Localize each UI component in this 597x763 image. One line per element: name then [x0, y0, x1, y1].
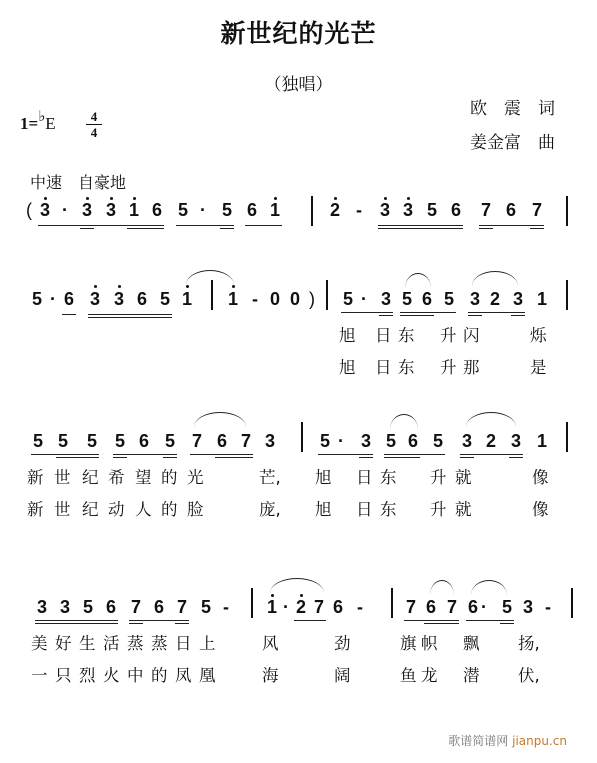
lyric: 动 — [108, 496, 125, 520]
lyric: 烈 — [79, 662, 96, 686]
note: 1 — [535, 431, 549, 452]
underline — [359, 457, 373, 458]
barline — [391, 588, 393, 618]
underline — [35, 623, 118, 624]
underline — [31, 454, 99, 455]
lyric: 旭 — [315, 496, 332, 520]
lyric: 的 — [161, 496, 178, 520]
song-title: 新世纪的光芒 — [0, 14, 597, 50]
underline — [190, 454, 253, 455]
lyric: 旭 — [339, 322, 356, 346]
underline — [163, 457, 177, 458]
lyricist-credit: 欧 震 词 — [470, 94, 555, 119]
underline — [424, 623, 459, 624]
octave-dot — [274, 197, 277, 200]
note: 1 — [535, 289, 549, 310]
underline — [80, 228, 94, 229]
lyric: 世 — [54, 464, 71, 488]
lyric: 的 — [161, 464, 178, 488]
note: 3 — [104, 200, 118, 221]
lyric: 升 — [440, 354, 457, 378]
lyric: 蒸 — [127, 630, 144, 654]
note: 6 — [406, 431, 420, 452]
dash: - — [353, 597, 367, 618]
lyric: 海 — [262, 662, 279, 686]
note: 2 — [294, 597, 308, 618]
lyric: 风 — [262, 630, 279, 654]
underline — [104, 225, 164, 226]
lyric: 旭 — [315, 464, 332, 488]
lyric: 的 — [151, 662, 168, 686]
note: 2 — [484, 431, 498, 452]
tempo-marking: 中速 自豪地 — [30, 170, 126, 193]
note: 7 — [479, 200, 493, 221]
dash: - — [541, 597, 555, 618]
note: 3 — [521, 597, 535, 618]
barline — [326, 280, 328, 310]
lyric: 龙 — [421, 662, 438, 686]
note: 5 — [56, 431, 70, 452]
lyric: 美 — [31, 630, 48, 654]
octave-dot — [133, 197, 136, 200]
lyric: 希 — [108, 464, 125, 488]
lyric: 一 — [31, 662, 48, 686]
underline — [175, 623, 189, 624]
key-prefix: 1= — [20, 114, 38, 133]
dash: - — [352, 200, 366, 221]
note: 5 — [81, 597, 95, 618]
lyric: 鱼 — [400, 662, 417, 686]
time-sig-top: 4 — [86, 110, 102, 123]
lyric: 东 — [398, 322, 415, 346]
lyric: 闪 — [463, 322, 480, 346]
note: 3 — [38, 200, 52, 221]
lyric: 日 — [356, 464, 373, 488]
watermark: 歌谱简谱网 jianpu.cn — [448, 732, 567, 749]
lyric: 光 — [187, 464, 204, 488]
tie — [466, 412, 516, 427]
dot: · — [334, 431, 348, 452]
lyric: 升 — [430, 464, 447, 488]
lyric: 生 — [79, 630, 96, 654]
note: 5 — [31, 431, 45, 452]
note: 5 — [158, 289, 172, 310]
lyric: 升 — [440, 322, 457, 346]
underline — [35, 620, 118, 621]
key-signature: 1=♭E — [20, 114, 56, 134]
note: 1 — [268, 200, 282, 221]
note: 3 — [401, 200, 415, 221]
lyric: 望 — [135, 464, 152, 488]
lyric: 日 — [375, 322, 392, 346]
dot: · — [477, 597, 491, 618]
note: 6 — [104, 597, 118, 618]
underline — [400, 315, 434, 316]
lyric: 蒸 — [151, 630, 168, 654]
lyric: 人 — [135, 496, 152, 520]
watermark-site: jianpu.cn — [512, 734, 567, 748]
note: 7 — [312, 597, 326, 618]
underline — [88, 314, 172, 315]
note: 6 — [245, 200, 259, 221]
lyric: 像 — [532, 464, 549, 488]
lyric: 东 — [380, 464, 397, 488]
note: 3 — [509, 431, 523, 452]
underline — [38, 225, 108, 226]
note: 3 — [511, 289, 525, 310]
lyric: 日 — [375, 354, 392, 378]
dash: - — [248, 289, 262, 310]
tie — [270, 578, 324, 593]
octave-dot — [118, 285, 121, 288]
lyric: 中 — [127, 662, 144, 686]
note: 6 — [152, 597, 166, 618]
lyric: 东 — [380, 496, 397, 520]
lyric: 庞, — [259, 496, 281, 520]
barline — [571, 588, 573, 618]
underline — [220, 228, 234, 229]
lyric: 新 — [27, 464, 44, 488]
note: 5 — [113, 431, 127, 452]
note: 2 — [488, 289, 502, 310]
lyric: 飘 — [463, 630, 480, 654]
note: 6 — [449, 200, 463, 221]
tie — [194, 412, 246, 427]
flat-icon: ♭ — [38, 109, 45, 125]
underline — [318, 454, 373, 455]
octave-dot — [44, 197, 47, 200]
underline — [404, 620, 459, 621]
underline — [378, 228, 463, 229]
rest: 0 — [268, 289, 282, 310]
underline — [129, 623, 143, 624]
underline — [466, 620, 514, 621]
tie — [186, 270, 234, 285]
note: 6 — [137, 431, 151, 452]
note: 5 — [431, 431, 445, 452]
octave-dot — [186, 285, 189, 288]
note: 7 — [445, 597, 459, 618]
lyric: 世 — [54, 496, 71, 520]
time-sig-bottom: 4 — [86, 126, 102, 139]
underline — [88, 317, 172, 318]
octave-dot — [300, 594, 303, 597]
underline — [530, 228, 544, 229]
note: 5 — [341, 289, 355, 310]
lyric: 好 — [55, 630, 72, 654]
barline — [566, 280, 568, 310]
lyric: 活 — [103, 630, 120, 654]
note: 5 — [384, 431, 398, 452]
underline — [378, 225, 463, 226]
underline — [460, 454, 523, 455]
note: 7 — [190, 431, 204, 452]
barline — [301, 422, 303, 452]
note: 5 — [442, 289, 456, 310]
dash: - — [219, 597, 233, 618]
note: 5 — [500, 597, 514, 618]
underline — [479, 228, 493, 229]
lyric: 上 — [199, 630, 216, 654]
lyric: 就 — [455, 464, 472, 488]
note: 5 — [318, 431, 332, 452]
lyric: 旭 — [339, 354, 356, 378]
note: 6 — [504, 200, 518, 221]
lyric: 新 — [27, 496, 44, 520]
note: 6 — [420, 289, 434, 310]
barline — [311, 196, 313, 226]
underline — [341, 312, 393, 313]
barline — [211, 280, 213, 310]
note: 3 — [263, 431, 277, 452]
note: 3 — [460, 431, 474, 452]
note: 6 — [62, 289, 76, 310]
time-signature: 4 4 — [86, 110, 102, 139]
tie — [471, 580, 507, 595]
note: 1 — [127, 200, 141, 221]
underline — [468, 312, 525, 313]
note: 5 — [425, 200, 439, 221]
note: 5 — [176, 200, 190, 221]
underline — [384, 457, 420, 458]
note: 1 — [180, 289, 194, 310]
underline — [379, 315, 393, 316]
note: 6 — [331, 597, 345, 618]
note: 5 — [85, 431, 99, 452]
note: 5 — [163, 431, 177, 452]
note: 2 — [328, 200, 342, 221]
open-paren: ( — [22, 200, 36, 221]
dot: · — [46, 289, 60, 310]
lyric: 东 — [398, 354, 415, 378]
underline — [384, 454, 445, 455]
lyric: 纪 — [82, 464, 99, 488]
octave-dot — [271, 594, 274, 597]
underline — [113, 454, 177, 455]
underline — [479, 225, 544, 226]
rest: 0 — [288, 289, 302, 310]
tie — [405, 273, 431, 288]
barline — [566, 196, 568, 226]
key-note: E — [45, 114, 55, 133]
lyric: 就 — [455, 496, 472, 520]
note: 7 — [239, 431, 253, 452]
lyric: 脸 — [187, 496, 204, 520]
underline — [129, 620, 189, 621]
lyric: 潜 — [463, 662, 480, 686]
barline — [251, 588, 253, 618]
underline — [460, 457, 474, 458]
performance-type: （独唱） — [0, 70, 597, 95]
note: 6 — [424, 597, 438, 618]
lyric: 只 — [55, 662, 72, 686]
lyric: 像 — [532, 496, 549, 520]
dot: · — [279, 597, 293, 618]
note: 5 — [400, 289, 414, 310]
note: 3 — [468, 289, 482, 310]
note: 3 — [58, 597, 72, 618]
tie — [430, 580, 454, 595]
underline — [127, 228, 164, 229]
octave-dot — [232, 285, 235, 288]
note: 5 — [199, 597, 213, 618]
tie — [472, 271, 518, 286]
note: 7 — [129, 597, 143, 618]
lyric: 升 — [430, 496, 447, 520]
underline — [468, 315, 482, 316]
note: 1 — [226, 289, 240, 310]
dot: · — [58, 200, 72, 221]
octave-dot — [407, 197, 410, 200]
underline — [245, 225, 282, 226]
note: 3 — [35, 597, 49, 618]
lyric: 扬, — [518, 630, 540, 654]
note: 6 — [150, 200, 164, 221]
note: 3 — [359, 431, 373, 452]
lyric: 烁 — [530, 322, 547, 346]
note: 7 — [175, 597, 189, 618]
underline — [56, 457, 99, 458]
underline — [500, 623, 514, 624]
octave-dot — [334, 197, 337, 200]
watermark-text: 歌谱简谱网 — [448, 734, 508, 748]
underline — [176, 225, 234, 226]
octave-dot — [110, 197, 113, 200]
lyric: 伏, — [518, 662, 540, 686]
lyric: 帜 — [421, 630, 438, 654]
tie — [390, 414, 418, 429]
underline — [215, 457, 253, 458]
octave-dot — [86, 197, 89, 200]
lyric: 芒, — [259, 464, 281, 488]
note: 7 — [530, 200, 544, 221]
note: 3 — [379, 289, 393, 310]
lyric: 日 — [356, 496, 373, 520]
lyric: 日 — [175, 630, 192, 654]
underline — [509, 457, 523, 458]
composer-credit: 姜金富 曲 — [470, 128, 555, 153]
lyric: 纪 — [82, 496, 99, 520]
lyric: 凰 — [199, 662, 216, 686]
underline — [511, 315, 525, 316]
note: 3 — [112, 289, 126, 310]
lyric: 旗 — [400, 630, 417, 654]
underline — [294, 620, 326, 621]
note: 7 — [404, 597, 418, 618]
lyric: 是 — [530, 354, 547, 378]
note: 3 — [80, 200, 94, 221]
underline — [400, 312, 456, 313]
note: 6 — [135, 289, 149, 310]
note: 6 — [215, 431, 229, 452]
octave-dot — [384, 197, 387, 200]
note: 5 — [220, 200, 234, 221]
note: 3 — [378, 200, 392, 221]
dot: · — [196, 200, 210, 221]
lyric: 火 — [103, 662, 120, 686]
lyric: 那 — [463, 354, 480, 378]
note: 1 — [265, 597, 279, 618]
underline — [62, 314, 76, 315]
underline — [113, 457, 127, 458]
octave-dot — [94, 285, 97, 288]
lyric: 阔 — [334, 662, 351, 686]
note: 5 — [30, 289, 44, 310]
dot: · — [357, 289, 371, 310]
close-paren: ) — [305, 289, 319, 310]
lyric: 劲 — [334, 630, 351, 654]
lyric: 凤 — [175, 662, 192, 686]
barline — [566, 422, 568, 452]
note: 3 — [88, 289, 102, 310]
